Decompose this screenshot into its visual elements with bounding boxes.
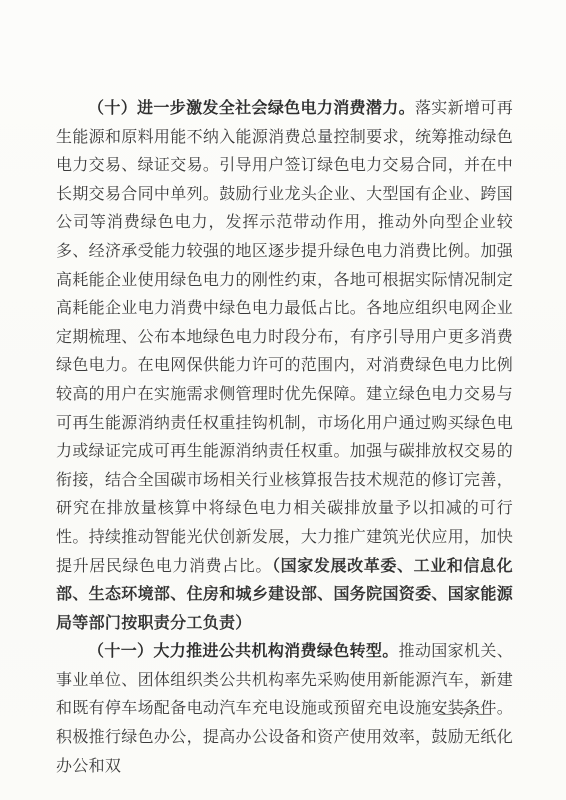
page-number: — 7 — — [420, 706, 512, 723]
document-text-block: （十）进一步激发全社会绿色电力消费潜力。落实新增可再生能源和原料用能不纳入能源消… — [56, 95, 513, 781]
section-11-heading: （十一）大力推进公共机构消费绿色转型。 — [88, 643, 399, 660]
section-10-heading: （十）进一步激发全社会绿色电力消费潜力。 — [88, 100, 415, 117]
section-10-body-text: 落实新增可再生能源和原料用能不纳入能源消费总量控制要求，统筹推动绿色电力交易、绿… — [56, 100, 513, 575]
scanned-document-page: （十）进一步激发全社会绿色电力消费潜力。落实新增可再生能源和原料用能不纳入能源消… — [0, 0, 566, 800]
paragraph-section-10: （十）进一步激发全社会绿色电力消费潜力。落实新增可再生能源和原料用能不纳入能源消… — [56, 95, 513, 638]
